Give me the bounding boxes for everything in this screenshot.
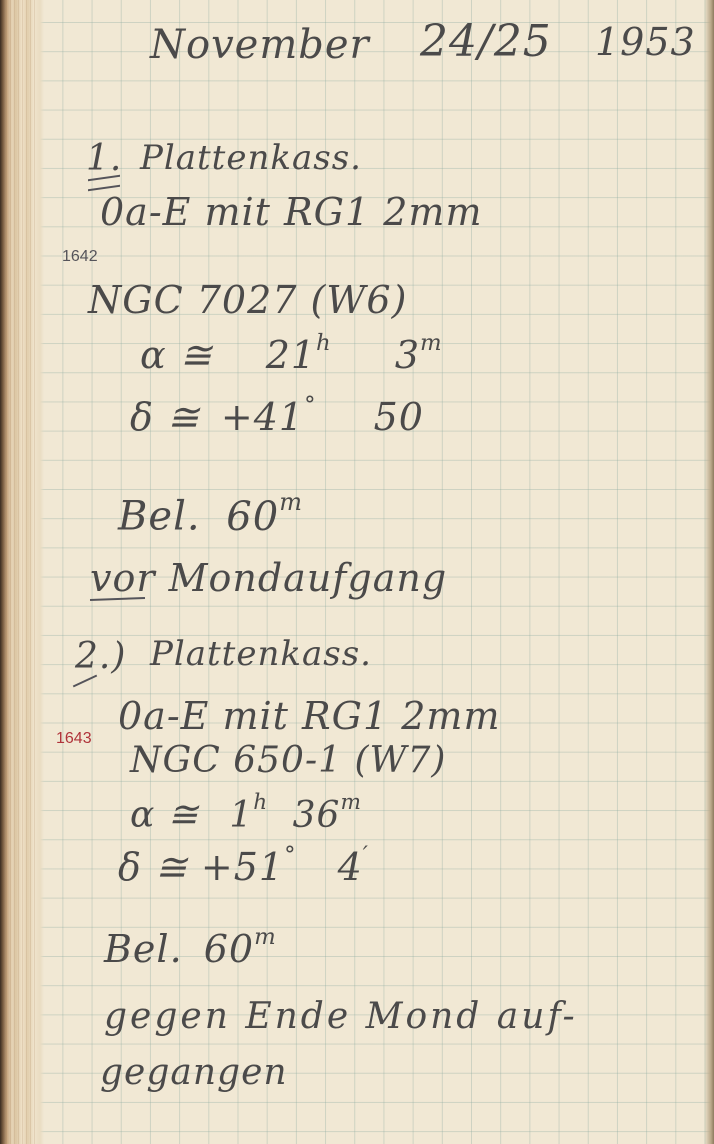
ra-label: α ≅ [140, 333, 213, 377]
ra-hours: 1 [229, 795, 253, 836]
exposure-value: 60 [204, 927, 254, 971]
dec-minutes: 4 [338, 845, 363, 889]
entry-2-number: 2.) [75, 636, 126, 677]
entry-1-ra: α ≅ 21h 3m [140, 330, 443, 377]
ra-minutes-unit: m [420, 330, 443, 356]
dec-degrees-unit: ° [284, 842, 296, 868]
entry-1-filter: 0a-E mit RG1 2mm [100, 190, 483, 234]
exposure-unit: m [279, 488, 303, 516]
dec-minutes-unit: ′ [363, 842, 369, 868]
entry-2-exposure: Bel. 60m [104, 924, 277, 971]
entry-2-ra: α ≅ 1h 36m [130, 790, 362, 836]
notebook-page: November 24/25 1953 1. Plattenkass. 0a-E… [0, 0, 714, 1144]
entry-2-dec: δ ≅ +51° 4′ [118, 842, 369, 889]
ra-minutes-unit: m [340, 790, 361, 815]
entry-1-object: NGC 7027 (W6) [88, 278, 407, 322]
dec-degrees: +51 [201, 845, 284, 889]
exposure-label: Bel. [104, 927, 183, 971]
exposure-unit: m [254, 924, 277, 950]
entry-2-note-line1: gegen Ende Mond auf- [104, 996, 578, 1037]
entry-2-title: Plattenkass. [150, 634, 372, 674]
entry-2-note-line2: gegangen [100, 1052, 288, 1093]
ra-hours-unit: h [253, 790, 268, 815]
page-right-edge [704, 0, 714, 1144]
entry-2-filter: 0a-E mit RG1 2mm [118, 694, 501, 738]
dec-minutes: 50 [374, 395, 424, 439]
ra-minutes: 3 [395, 333, 420, 377]
exposure-label: Bel. [118, 494, 201, 540]
dec-label: δ ≅ [130, 395, 200, 439]
header-year: 1953 [595, 20, 696, 64]
entry-1-note: vor Mondaufgang [90, 556, 447, 600]
page-edges [6, 0, 36, 1144]
entry-2-object: NGC 650-1 (W7) [130, 740, 446, 781]
entry-2-plate-number: 1643 [56, 730, 92, 748]
ra-hours-unit: h [316, 330, 332, 356]
header-days: 24/25 [420, 16, 552, 67]
entry-1-dec: δ ≅ +41° 50 [130, 392, 424, 439]
exposure-value: 60 [226, 494, 279, 540]
dec-degrees: +41 [221, 395, 304, 439]
ra-hours: 21 [266, 333, 316, 377]
entry-1-plate-number: 1642 [62, 248, 98, 266]
entry-1-exposure: Bel. 60m [118, 488, 303, 540]
entry-1-title: Plattenkass. [140, 138, 362, 178]
ra-label: α ≅ [130, 795, 199, 836]
entry-1-number: 1. [86, 138, 122, 179]
dec-label: δ ≅ [118, 845, 188, 889]
ra-minutes: 36 [293, 795, 341, 836]
header-month: November [150, 22, 370, 68]
dec-degrees-unit: ° [304, 392, 316, 418]
